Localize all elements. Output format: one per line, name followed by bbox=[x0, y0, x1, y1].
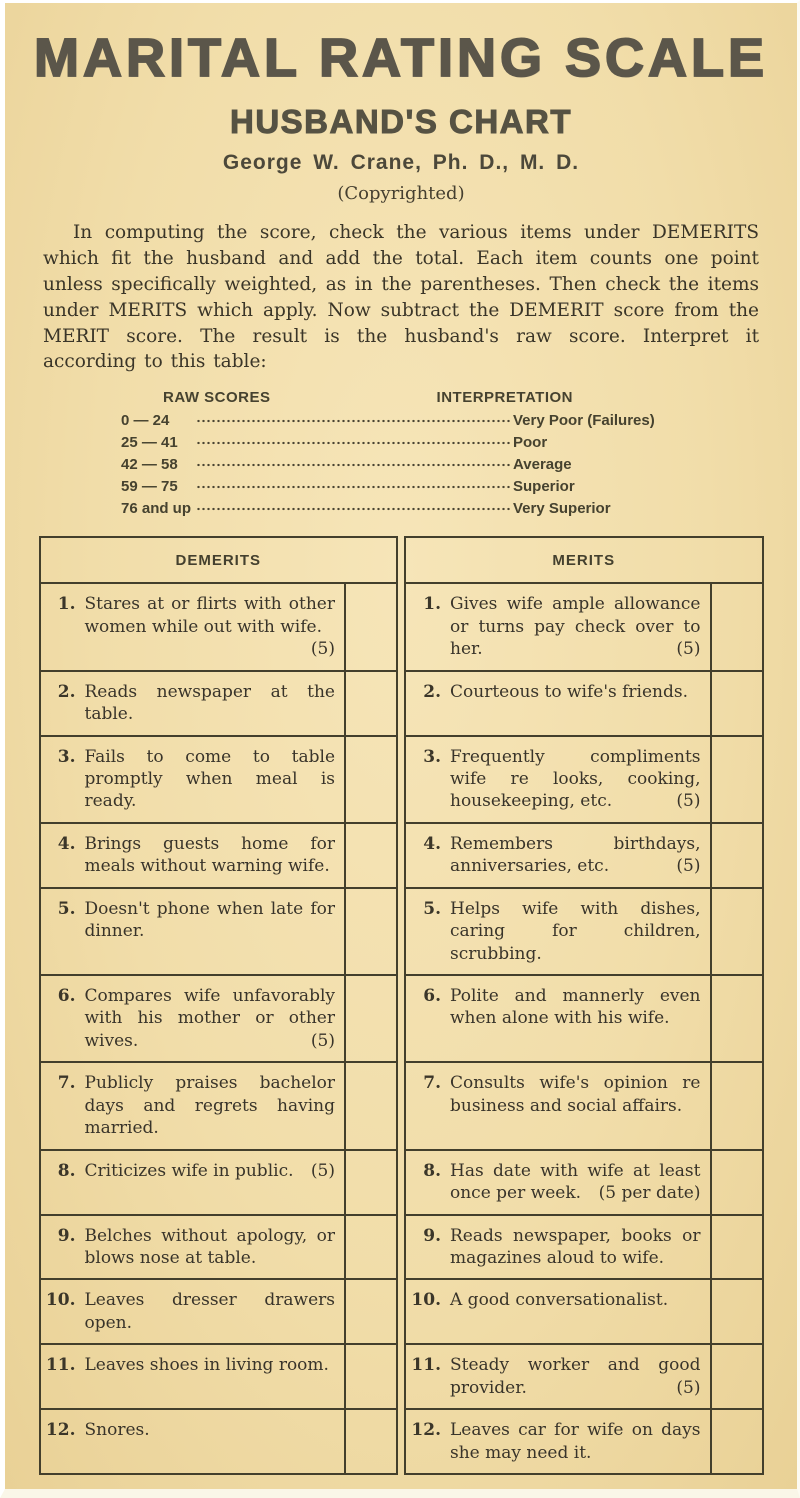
merit-check-cell bbox=[710, 672, 764, 737]
item-number: 3. bbox=[410, 746, 441, 768]
demerit-item: 5. Doesn't phone when late for dinner. bbox=[39, 889, 345, 976]
merit-item: 11. Steady worker and good provider.(5) bbox=[404, 1345, 710, 1410]
demerits-header: DEMERITS bbox=[39, 536, 399, 584]
interpretation-row: 59 — 75 Superior bbox=[99, 476, 691, 498]
merit-item: 2. Courteous to wife's friends. bbox=[404, 672, 710, 737]
merit-check-cell bbox=[710, 1216, 764, 1281]
demerit-check-cell bbox=[344, 1410, 398, 1475]
item-text: Consults wife's opinion re business and … bbox=[450, 1072, 701, 1117]
item-text: Leaves car for wife on days she may need… bbox=[450, 1419, 701, 1464]
demerit-item: 11. Leaves shoes in living room. bbox=[39, 1345, 345, 1410]
merit-check-cell bbox=[710, 976, 764, 1063]
score-range: 42 — 58 bbox=[99, 454, 193, 476]
demerit-check-cell bbox=[344, 1345, 398, 1410]
merit-check-cell bbox=[710, 824, 764, 889]
item-number: 12. bbox=[410, 1419, 441, 1441]
item-weight: (5) bbox=[676, 1377, 700, 1399]
item-number: 8. bbox=[410, 1160, 441, 1182]
merit-check-cell bbox=[710, 1345, 764, 1410]
merit-check-cell bbox=[710, 737, 764, 824]
dotted-leader bbox=[196, 433, 510, 447]
interpretation-label: Very Superior bbox=[513, 498, 691, 520]
item-weight: (5) bbox=[311, 638, 335, 660]
demerit-check-cell bbox=[344, 584, 398, 671]
score-range: 0 — 24 bbox=[99, 410, 193, 432]
item-number: 2. bbox=[410, 681, 441, 703]
item-number: 9. bbox=[410, 1225, 441, 1247]
merit-item: 4. Remembers birthdays, anniversaries, e… bbox=[404, 824, 710, 889]
demerit-item: 4. Brings guests home for meals without … bbox=[39, 824, 345, 889]
item-number: 11. bbox=[410, 1354, 441, 1376]
interpretation-rows: 0 — 24 Very Poor (Failures) 25 — 41 Poor… bbox=[99, 410, 691, 520]
score-range: 76 and up bbox=[99, 498, 193, 520]
demerit-check-cell bbox=[344, 672, 398, 737]
item-text: Criticizes wife in public.(5) bbox=[85, 1160, 336, 1182]
item-number: 12. bbox=[45, 1419, 76, 1441]
demerit-item: 8. Criticizes wife in public.(5) bbox=[39, 1151, 345, 1216]
merit-check-cell bbox=[710, 1410, 764, 1475]
interpretation-block: RAW SCORES INTERPRETATION 0 — 24 Very Po… bbox=[99, 389, 691, 520]
merit-item: 3. Frequently compliments wife re looks,… bbox=[404, 737, 710, 824]
item-text: Reads newspaper, books or magazines alou… bbox=[450, 1225, 701, 1270]
demerit-item: 9. Belches without apology, or blows nos… bbox=[39, 1216, 345, 1281]
item-text: Brings guests home for meals without war… bbox=[85, 833, 336, 878]
item-weight: (5 per date) bbox=[599, 1182, 701, 1204]
raw-scores-header: RAW SCORES bbox=[163, 389, 271, 406]
interpretation-label: Average bbox=[513, 454, 691, 476]
demerit-item: 1. Stares at or flirts with other women … bbox=[39, 584, 345, 671]
merit-check-cell bbox=[710, 584, 764, 671]
demerit-check-cell bbox=[344, 737, 398, 824]
demerit-item: 2. Reads newspaper at the table. bbox=[39, 672, 345, 737]
item-text: Belches without apology, or blows nose a… bbox=[85, 1225, 336, 1270]
item-weight: (5) bbox=[676, 638, 700, 660]
interpretation-label: Poor bbox=[513, 432, 691, 454]
item-number: 6. bbox=[410, 985, 441, 1007]
item-text: Polite and mannerly even when alone with… bbox=[450, 985, 701, 1030]
item-text: Steady worker and good provider.(5) bbox=[450, 1354, 701, 1399]
item-text: Snores. bbox=[85, 1419, 336, 1441]
merit-item: 6. Polite and mannerly even when alone w… bbox=[404, 976, 710, 1063]
item-number: 10. bbox=[410, 1289, 441, 1311]
item-number: 4. bbox=[410, 833, 441, 855]
item-text: Stares at or flirts with other women whi… bbox=[85, 593, 336, 660]
item-number: 9. bbox=[45, 1225, 76, 1247]
interpretation-row: 42 — 58 Average bbox=[99, 454, 691, 476]
demerit-check-cell bbox=[344, 1280, 398, 1345]
item-text: Leaves shoes in living room. bbox=[85, 1354, 336, 1376]
item-text: Remembers birthdays, anniversaries, etc.… bbox=[450, 833, 701, 878]
page-subtitle: HUSBAND'S CHART bbox=[5, 103, 797, 141]
item-text: A good conversationalist. bbox=[450, 1289, 701, 1311]
copyright-line: (Copyrighted) bbox=[5, 183, 797, 204]
merit-check-cell bbox=[710, 1280, 764, 1345]
demerit-check-cell bbox=[344, 1063, 398, 1150]
score-range: 59 — 75 bbox=[99, 476, 193, 498]
author-line: George W. Crane, Ph. D., M. D. bbox=[5, 151, 797, 175]
item-text: Frequently compliments wife re looks, co… bbox=[450, 746, 701, 813]
merits-header: MERITS bbox=[404, 536, 764, 584]
item-text: Fails to come to table promptly when mea… bbox=[85, 746, 336, 813]
item-weight: (5) bbox=[311, 1160, 335, 1182]
item-number: 11. bbox=[45, 1354, 76, 1376]
interpretation-label: Very Poor (Failures) bbox=[513, 410, 691, 432]
item-number: 2. bbox=[45, 681, 76, 703]
dotted-leader bbox=[196, 499, 510, 513]
demerit-check-cell bbox=[344, 1151, 398, 1216]
interpretation-row: 0 — 24 Very Poor (Failures) bbox=[99, 410, 691, 432]
intro-paragraph: In computing the score, check the variou… bbox=[43, 220, 759, 375]
interpretation-label: Superior bbox=[513, 476, 691, 498]
item-number: 6. bbox=[45, 985, 76, 1007]
item-number: 7. bbox=[45, 1072, 76, 1094]
merit-item: 12. Leaves car for wife on days she may … bbox=[404, 1410, 710, 1475]
item-number: 1. bbox=[45, 593, 76, 615]
demerit-item: 12. Snores. bbox=[39, 1410, 345, 1475]
merit-check-cell bbox=[710, 1151, 764, 1216]
scanned-page: MARITAL RATING SCALE HUSBAND'S CHART Geo… bbox=[0, 0, 800, 1498]
rating-table: DEMERITS MERITS 1. Stares at or flirts w… bbox=[39, 536, 764, 1475]
dotted-leader bbox=[196, 477, 510, 491]
interpretation-row: 25 — 41 Poor bbox=[99, 432, 691, 454]
item-text: Helps wife with dishes, caring for child… bbox=[450, 898, 701, 965]
demerit-check-cell bbox=[344, 976, 398, 1063]
item-number: 5. bbox=[410, 898, 441, 920]
demerit-item: 10. Leaves dresser drawers open. bbox=[39, 1280, 345, 1345]
item-weight: (5) bbox=[311, 1030, 335, 1052]
merit-item: 1. Gives wife ample allowance or turns p… bbox=[404, 584, 710, 671]
item-number: 1. bbox=[410, 593, 441, 615]
item-weight: (5) bbox=[676, 790, 700, 812]
item-number: 10. bbox=[45, 1289, 76, 1311]
demerit-check-cell bbox=[344, 824, 398, 889]
demerit-item: 7. Publicly praises bachelor days and re… bbox=[39, 1063, 345, 1150]
interpretation-row: 76 and up Very Superior bbox=[99, 498, 691, 520]
demerit-check-cell bbox=[344, 889, 398, 976]
dotted-leader bbox=[196, 411, 510, 425]
item-text: Gives wife ample allowance or turns pay … bbox=[450, 593, 701, 660]
merit-item: 8. Has date with wife at least once per … bbox=[404, 1151, 710, 1216]
item-number: 8. bbox=[45, 1160, 76, 1182]
merit-item: 7. Consults wife's opinion re business a… bbox=[404, 1063, 710, 1150]
item-text: Reads newspaper at the table. bbox=[85, 681, 336, 726]
item-weight: (5) bbox=[676, 855, 700, 877]
page-title: MARITAL RATING SCALE bbox=[15, 27, 787, 89]
merit-check-cell bbox=[710, 889, 764, 976]
merit-item: 10. A good conversationalist. bbox=[404, 1280, 710, 1345]
item-text: Courteous to wife's friends. bbox=[450, 681, 701, 703]
item-number: 4. bbox=[45, 833, 76, 855]
item-number: 7. bbox=[410, 1072, 441, 1094]
item-number: 3. bbox=[45, 746, 76, 768]
item-text: Compares wife unfavorably with his mothe… bbox=[85, 985, 336, 1052]
item-text: Has date with wife at least once per wee… bbox=[450, 1160, 701, 1205]
item-text: Publicly praises bachelor days and regre… bbox=[85, 1072, 336, 1139]
item-text: Doesn't phone when late for dinner. bbox=[85, 898, 336, 943]
demerit-item: 6. Compares wife unfavorably with his mo… bbox=[39, 976, 345, 1063]
dotted-leader bbox=[196, 455, 510, 469]
interpretation-header: INTERPRETATION bbox=[437, 389, 573, 406]
merit-item: 5. Helps wife with dishes, caring for ch… bbox=[404, 889, 710, 976]
merit-item: 9. Reads newspaper, books or magazines a… bbox=[404, 1216, 710, 1281]
item-text: Leaves dresser drawers open. bbox=[85, 1289, 336, 1334]
item-number: 5. bbox=[45, 898, 76, 920]
demerit-check-cell bbox=[344, 1216, 398, 1281]
demerit-item: 3. Fails to come to table promptly when … bbox=[39, 737, 345, 824]
score-range: 25 — 41 bbox=[99, 432, 193, 454]
merit-check-cell bbox=[710, 1063, 764, 1150]
